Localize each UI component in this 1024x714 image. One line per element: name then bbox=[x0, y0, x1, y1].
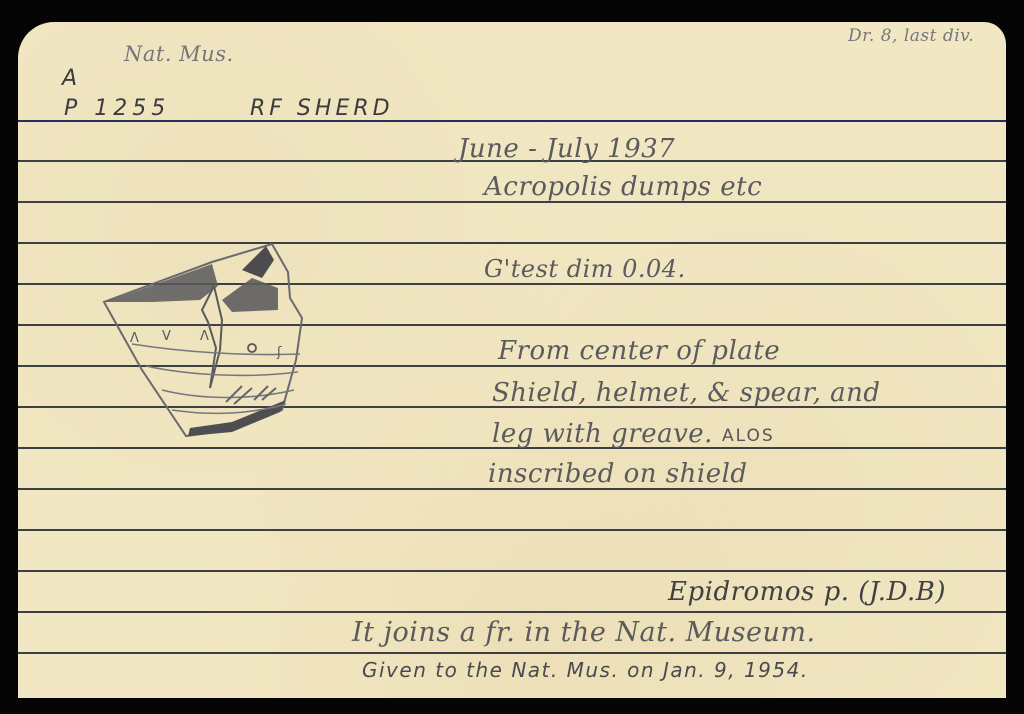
object-type: RF SHERD bbox=[250, 96, 394, 121]
top-left-annotation: Nat. Mus. bbox=[124, 42, 234, 66]
dimension: G'test dim 0.04. bbox=[484, 255, 686, 283]
sketch-letter: V bbox=[162, 329, 171, 344]
index-card: Nat. Mus. A P 1255 RF SHERD Dr. 8, last … bbox=[18, 22, 1006, 698]
join-note: It joins a fr. in the Nat. Museum. bbox=[352, 617, 816, 648]
card-letter: A bbox=[62, 66, 79, 91]
description-line-3: leg with greave. bbox=[492, 419, 713, 449]
ruled-line bbox=[18, 529, 1006, 531]
ruled-line bbox=[18, 570, 1006, 572]
excavation-date: June - July 1937 bbox=[458, 134, 675, 164]
find-context: Acropolis dumps etc bbox=[484, 172, 762, 202]
attribution: Epidromos p. (J.D.B) bbox=[668, 577, 946, 607]
sketch-letter: Λ bbox=[200, 329, 209, 344]
description-line-2: Shield, helmet, & spear, and bbox=[492, 378, 881, 408]
inscription-text: ALOS bbox=[722, 426, 775, 446]
sketch-letter: ʃ bbox=[276, 345, 282, 360]
top-right-annotation: Dr. 8, last div. bbox=[848, 26, 974, 46]
ruled-line bbox=[18, 611, 1006, 613]
sherd-drawing: Λ V Λ ʃ bbox=[102, 240, 312, 440]
description-line-1: From center of plate bbox=[498, 336, 780, 366]
catalog-number: P 1255 bbox=[64, 96, 170, 121]
sketch-letter: Λ bbox=[130, 331, 139, 346]
description-line-4: inscribed on shield bbox=[488, 459, 748, 489]
given-note: Given to the Nat. Mus. on Jan. 9, 1954. bbox=[362, 658, 809, 682]
ruled-line bbox=[18, 652, 1006, 654]
